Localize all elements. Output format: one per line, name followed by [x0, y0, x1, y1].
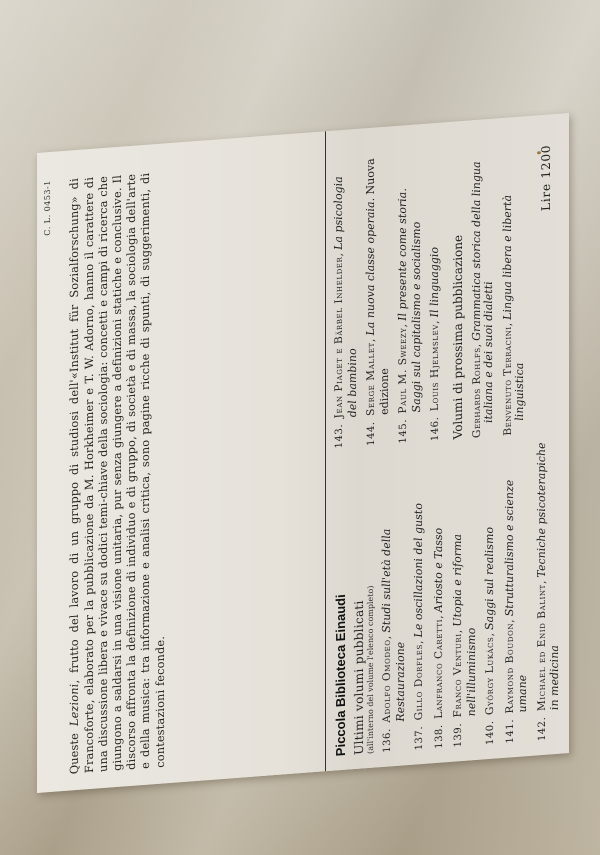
- volume-title: Le oscillazioni del gusto: [412, 503, 425, 638]
- volume-author: Paul M. Sweezy: [397, 327, 409, 414]
- series-title: Piccola Biblioteca Einaudi: [333, 456, 348, 757]
- volume-number: 137.: [414, 720, 427, 751]
- published-volume-entry: 145.Paul M. Sweezy, Il presente come sto…: [397, 152, 423, 444]
- volume-title: Ariosto e Tasso: [432, 527, 445, 612]
- volume-author: Raymond Boudon: [504, 623, 516, 714]
- price-label: Lire 1200: [539, 144, 553, 211]
- forthcoming-volume-entry: Gerhards Rohlfs, Grammatica storica dell…: [471, 147, 496, 439]
- published-note: (all'interno del volume l'elenco complet…: [366, 454, 375, 755]
- volume-number: 138.: [434, 718, 447, 749]
- volume-author: Gerhards Rohlfs: [471, 347, 483, 438]
- volume-author: Louis Hjelmslev: [429, 324, 441, 412]
- published-volume-entry: 143.Jean Piaget e Bärbel Inhelder, La ps…: [333, 157, 359, 449]
- blurb-paragraph: Queste Lezioni, frutto del lavoro di un …: [68, 171, 167, 774]
- volume-author: Michael ed Enid Balint: [536, 584, 548, 712]
- published-list-left: Piccola Biblioteca Einaudi Ultimi volumi…: [333, 439, 568, 757]
- volume-number: 146.: [430, 411, 443, 442]
- volume-title: Il linguaggio: [428, 247, 441, 318]
- volume-number: 145.: [398, 413, 411, 444]
- blurb-text: , frutto del lavoro di un gruppo di stud…: [68, 172, 166, 773]
- catalog-code: C. L. 0453-1: [43, 180, 52, 236]
- horizontal-divider: [325, 131, 326, 771]
- volume-author: Benvenuto Terracini: [502, 326, 514, 436]
- published-volume-entry: 137.Gillo Dorfles, Le oscillazioni del g…: [413, 450, 427, 751]
- volume-number: 143.: [334, 418, 347, 449]
- forthcoming-heading: Volumi di prossima pubblicazione: [451, 149, 465, 440]
- volume-author: Serge Mallet: [365, 342, 377, 417]
- published-volume-entry: 141.Raymond Boudon, Strutturalismo e sci…: [504, 442, 530, 744]
- volume-author: Lanfranco Caretti: [433, 619, 445, 720]
- volume-number: 141.: [505, 713, 518, 744]
- published-volume-entry: 138.Lanfranco Caretti, Ariosto e Tasso: [433, 448, 447, 749]
- volume-author: Jean Piaget e Bärbel Inhelder: [333, 256, 345, 419]
- blurb-title: Lezioni: [68, 683, 81, 726]
- published-volume-entry: 142.Michael ed Enid Balint, Tecniche psi…: [536, 440, 562, 742]
- volume-author: Franco Venturi: [452, 633, 464, 718]
- volume-title: La nuova classe operaia: [364, 201, 377, 336]
- book-back-cover: C. L. 0453-1 Queste Lezioni, frutto del …: [37, 113, 569, 793]
- published-volume-entry: 139.Franco Venturi, Utopia e riforma nel…: [452, 446, 478, 748]
- volume-author: György Lukács: [484, 636, 496, 715]
- published-list-right: 143.Jean Piaget e Bärbel Inhelder, La ps…: [333, 144, 533, 449]
- volume-title: Saggi sul realismo: [483, 527, 496, 631]
- published-volume-entry: 146.Louis Hjelmslev, Il linguaggio: [429, 151, 443, 442]
- published-heading: Ultimi volumi pubblicati: [352, 454, 366, 755]
- published-volume-entry: 136.Adolfo Omodeo, Studi sull'età della …: [381, 451, 407, 753]
- volume-author: Gillo Dorfles: [413, 644, 425, 721]
- volume-number: 140.: [485, 714, 498, 745]
- cover-page: C. L. 0453-1 Queste Lezioni, frutto del …: [37, 113, 569, 793]
- volume-number: 139.: [453, 717, 466, 748]
- volume-number: 144.: [366, 415, 379, 446]
- volume-author: Adolfo Omodeo: [381, 639, 393, 723]
- forthcoming-volume-entry: Benvenuto Terracini, Lingua libera e lib…: [502, 144, 527, 436]
- blurb-lead: Queste: [68, 726, 81, 775]
- volume-number: 142.: [537, 711, 550, 742]
- published-volume-entry: 140.György Lukács, Saggi sul realismo: [484, 444, 498, 745]
- published-volume-entry: 144.Serge Mallet, La nuova classe operai…: [365, 154, 391, 446]
- volume-number: 136.: [382, 722, 395, 753]
